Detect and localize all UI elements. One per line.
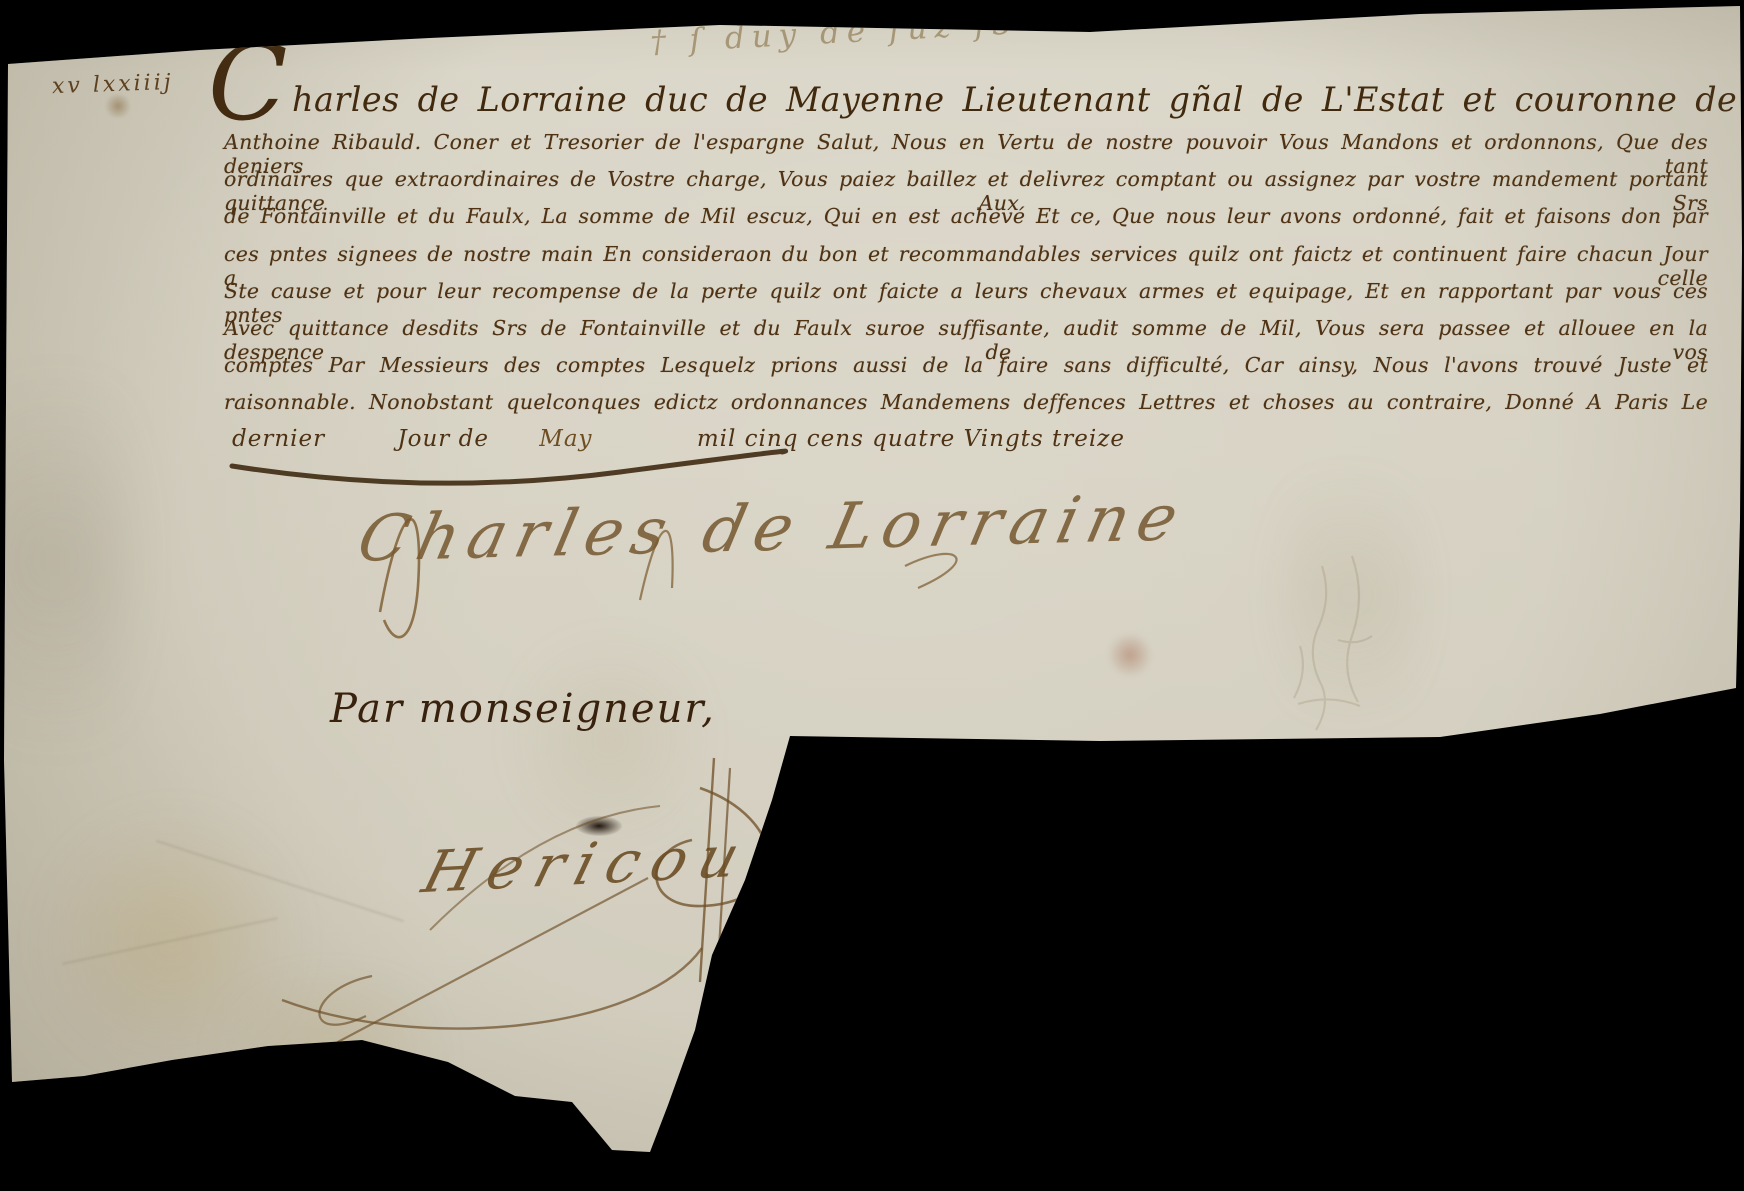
signature-charles-de-lorraine: Charles de Lorraine bbox=[351, 481, 1193, 576]
body-line: comptes Par Messieurs des comptes Lesque… bbox=[224, 353, 1708, 385]
byline-par-monseigneur: Par monseigneur, bbox=[330, 686, 716, 732]
secretary-flourish-diagonal bbox=[300, 878, 648, 1062]
yellow-stain-bottom-left-2 bbox=[180, 980, 480, 1140]
shading-right-edge bbox=[1280, 430, 1420, 760]
date-word: Jour de bbox=[397, 426, 489, 452]
heading-line: C harles de Lorraine duc de Mayenne Lieu… bbox=[208, 40, 1713, 119]
body-line: raisonnable. Nonobstant quelconques edic… bbox=[224, 390, 1708, 422]
red-stain-center-right bbox=[1106, 634, 1154, 676]
secretary-flourish-curl bbox=[319, 976, 372, 1025]
date-month: May bbox=[539, 426, 592, 452]
body-line: Avec quittance desdits Srs de Fontainvil… bbox=[224, 316, 1708, 348]
body-line: ces pntes signees de nostre main En cons… bbox=[224, 242, 1708, 274]
secretary-flourish-sweep bbox=[282, 948, 702, 1029]
body-line: de Fontainville et du Faulx, La somme de… bbox=[224, 204, 1708, 236]
body-line: ordinaires que extraordinaires de Vostre… bbox=[224, 167, 1708, 199]
body-line: Anthoine Ribauld. Coner et Tresorier de … bbox=[224, 130, 1708, 162]
bleedthrough-marks bbox=[1294, 556, 1372, 730]
folio-number: xv lxxiiij bbox=[52, 70, 174, 99]
crease-line bbox=[62, 917, 278, 965]
manuscript-photo: xv lxxiiij † ſ duy de ſuz ſƷ C harles de… bbox=[0, 0, 1744, 1191]
body-line: Ste cause et pour leur recompense de la … bbox=[224, 279, 1708, 311]
date-year-words: mil cinq cens quatre Vingts treize bbox=[697, 426, 1125, 452]
date-line: dernier Jour de May mil cinq cens quatre… bbox=[232, 426, 1125, 452]
crease-line bbox=[156, 840, 404, 922]
heading-text: harles de Lorraine duc de Mayenne Lieute… bbox=[292, 83, 1744, 119]
yellow-stain-bottom-left bbox=[30, 810, 310, 1070]
drop-cap-initial: C bbox=[208, 48, 288, 118]
parchment-sheet: xv lxxiiij † ſ duy de ſuz ſƷ C harles de… bbox=[0, 0, 1744, 1191]
grey-shading-left-edge bbox=[0, 300, 130, 820]
ink-stain-top-left bbox=[104, 94, 132, 118]
signature-secretary: Hericourt bbox=[416, 818, 836, 907]
date-underline-paraph bbox=[232, 451, 786, 483]
date-word: dernier bbox=[232, 426, 325, 452]
